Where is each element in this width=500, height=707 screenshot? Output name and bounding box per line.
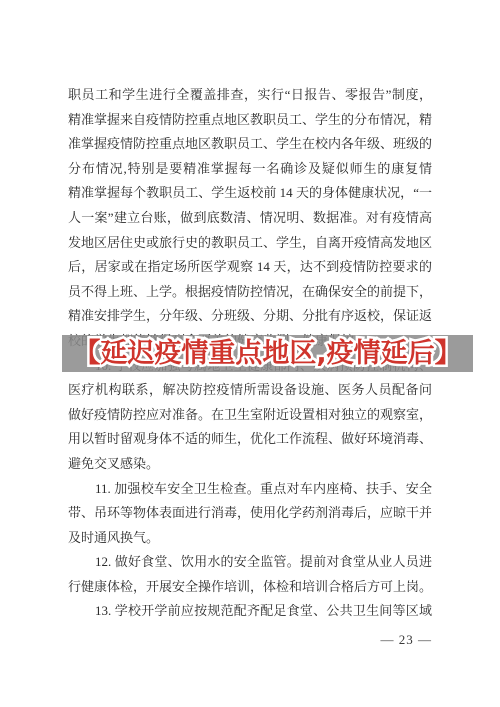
- document-page: 职员工和学生进行全覆盖排查，实行“日报告、零报告”制度，精准掌握来自疫情防控重点…: [0, 0, 500, 707]
- page-number: — 23 —: [68, 628, 432, 652]
- text-line: 避免交叉感染。: [68, 452, 432, 477]
- text-line: 行健康体检，开展安全操作培训，体检和培训合格后方可上岗。: [68, 575, 432, 600]
- text-line: 13. 学校开学前应按规范配齐配足食堂、公共卫生间等区域: [68, 599, 432, 624]
- text-line: 后，居家或在指定场所医学观察 14 天，达不到疫情防控要求的人: [68, 255, 432, 280]
- text-line: 精准掌握来自疫情防控重点地区教职员工、学生的分布情况，精: [68, 108, 432, 133]
- text-line: 带、吊环等物体表面进行消毒，使用化学药剂消毒后，应晾干并: [68, 501, 432, 526]
- text-line: 做好疫情防控应对准备。在卫生室附近设置相对独立的观察室，: [68, 403, 432, 428]
- text-line: 发地区居住史或旅行史的教职员工、学生，自离开疫情高发地区: [68, 231, 432, 256]
- text-line: 精准掌握每个教职员工、学生返校前 14 天的身体健康状况，“一: [68, 181, 432, 206]
- text-line: 员不得上班、上学。根据疫情防控情况，在确保安全的前提下，: [68, 280, 432, 305]
- text-line: 医疗机构联系，解决防控疫情所需设备设施、医务人员配备问题，: [68, 378, 432, 403]
- text-line: 用以暂时留观身体不适的师生，优化工作流程、做好环境消毒、: [68, 427, 432, 452]
- text-line: 准掌握疫情防控重点地区教职员工、学生在校内各年级、班级的: [68, 132, 432, 157]
- caption-overlay-band: 【延迟疫情重点地区,疫情延后】 【延迟疫情重点地区,疫情延后】: [62, 335, 473, 372]
- text-line: 12. 做好食堂、饮用水的安全监管。提前对食堂从业人员进: [68, 550, 432, 575]
- text-line: 分布情况,特别是要精准掌握每一名确诊及疑似师生的康复情况，: [68, 157, 432, 182]
- text-line: 人一案”建立台账，做到底数清、情况明、数据准。对有疫情高: [68, 206, 432, 231]
- caption-banner: 【延迟疫情重点地区,疫情延后】 【延迟疫情重点地区,疫情延后】: [73, 340, 461, 367]
- text-line: 精准安排学生，分年级、分班级、分期、分批有序返校，保证返: [68, 304, 432, 329]
- text-line: 职员工和学生进行全覆盖排查，实行“日报告、零报告”制度，: [68, 83, 432, 108]
- text-line: 及时通风换气。: [68, 526, 432, 551]
- text-line: 11. 加强校车安全卫生检查。重点对车内座椅、扶手、安全: [68, 477, 432, 502]
- caption-text: 【延迟疫情重点地区,疫情延后】: [73, 338, 461, 369]
